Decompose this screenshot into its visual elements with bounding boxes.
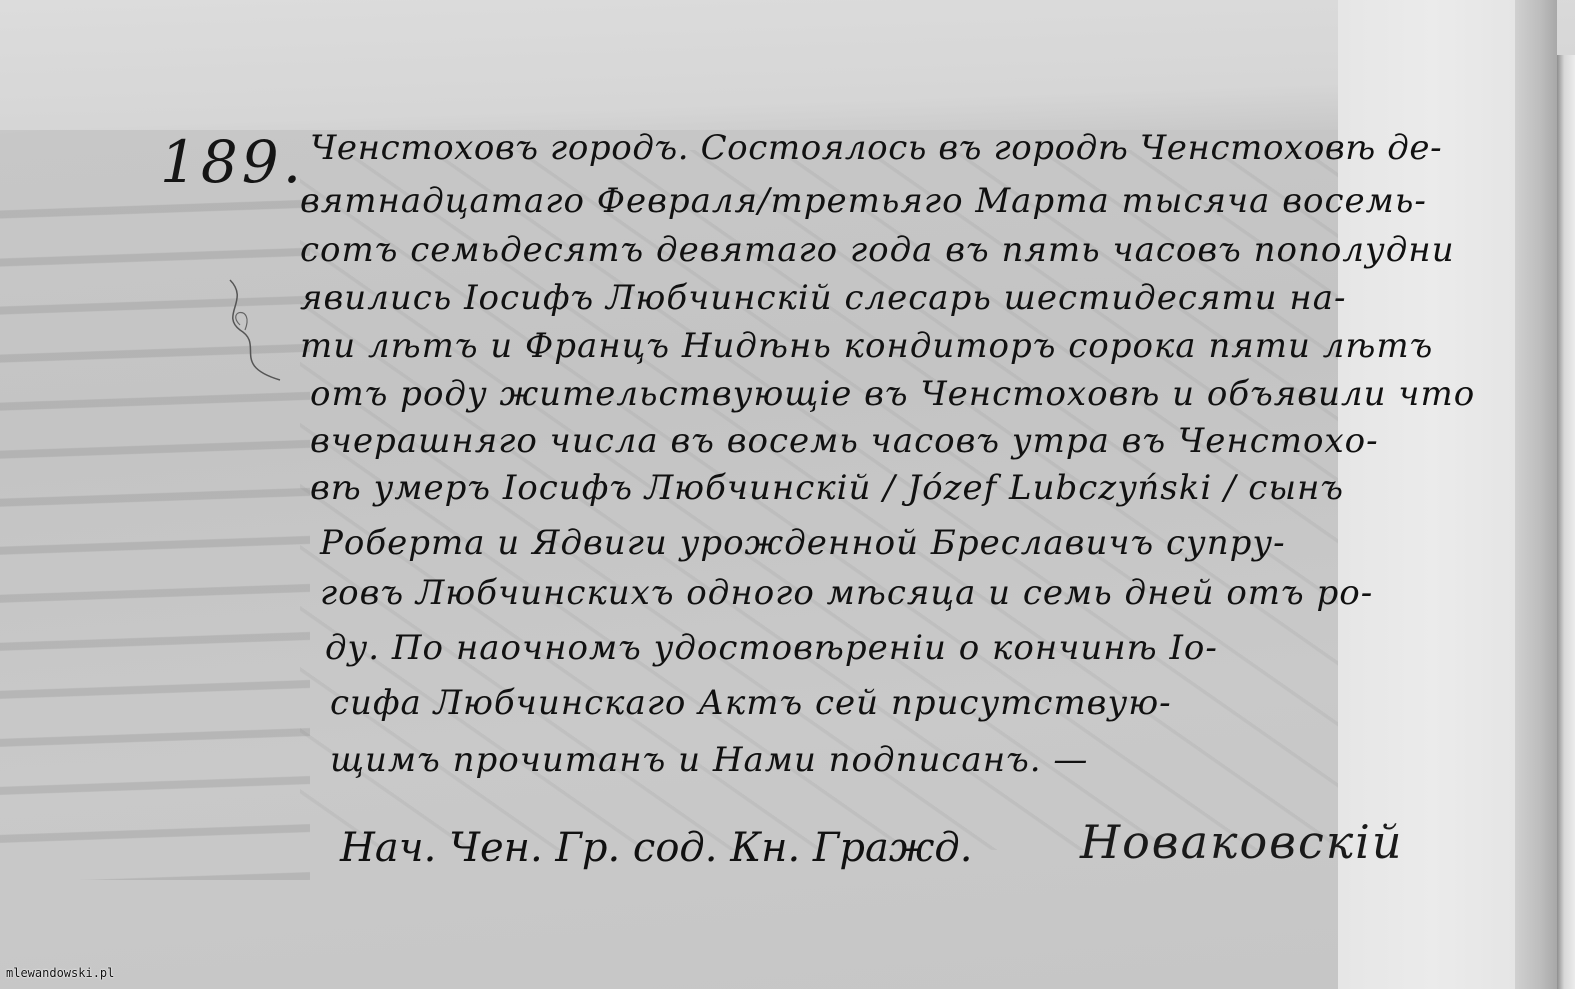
record-line: Роберта и Ядвиги урожденной Бреславичъ с… <box>320 523 1286 563</box>
document-scan: 189. Ченстоховъ городъ. Состоялось въ го… <box>0 0 1575 989</box>
record-line: вчерашняго числа въ восемь часовъ утра в… <box>310 421 1379 461</box>
official-title-signature: Нач. Чен. Гр. сод. Кн. Гражд. <box>340 825 972 871</box>
page-edge-shadow <box>1515 0 1557 989</box>
margin-flourish-icon <box>210 270 290 390</box>
page-edge <box>1557 55 1575 989</box>
record-line: вятнадцатаго Февраля/третьяго Марта тыся… <box>300 181 1427 221</box>
record-line: ти лѣтъ и Францъ Нидѣнь кондиторъ сорока… <box>300 326 1433 366</box>
record-line: сотъ семьдесятъ девятаго года въ пять ча… <box>300 230 1455 270</box>
record-line: щимъ прочитанъ и Нами подписанъ. — <box>330 740 1088 780</box>
signature-block: Нач. Чен. Гр. сод. Кн. Гражд. Новаковскі… <box>340 825 1520 905</box>
record-line: явились Іосифъ Любчинскій слесарь шестид… <box>300 278 1347 318</box>
watermark: mlewandowski.pl <box>6 966 114 980</box>
record-line: сифа Любчинскаго Актъ сей присутствую- <box>330 683 1172 723</box>
official-name-signature: Новаковскій <box>1080 815 1404 869</box>
record-number: 189. <box>160 128 305 196</box>
record-line: говъ Любчинскихъ одного мѣсяца и семь дн… <box>320 573 1373 613</box>
record-line: Ченстоховъ городъ. Состоялось въ городѣ … <box>310 128 1442 168</box>
record-line: ду. По наочномъ удостовѣреніи о кончинѣ … <box>325 628 1218 668</box>
record-line: отъ роду жительствующіе въ Ченстоховѣ и … <box>310 374 1475 414</box>
record-line: вѣ умеръ Іосифъ Любчинскій / Józef Lubcz… <box>310 468 1344 508</box>
